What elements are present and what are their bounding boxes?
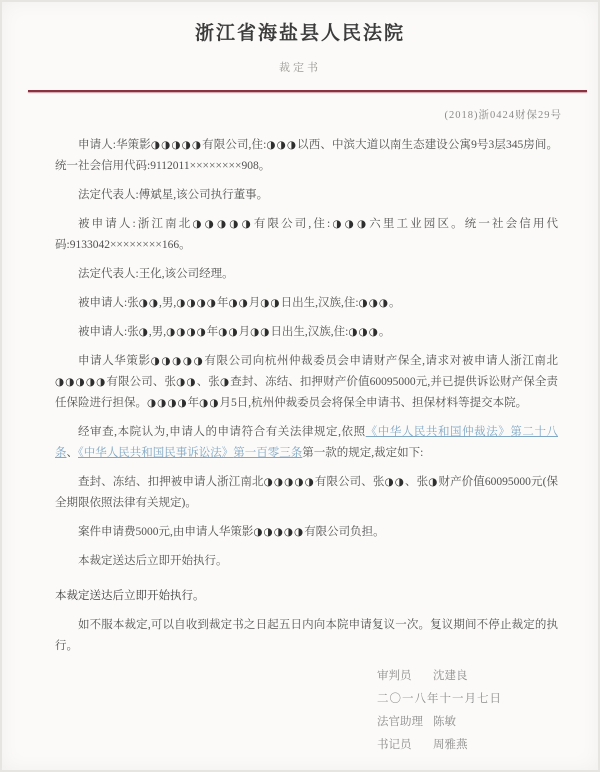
execution-clause-repeat: 本裁定送达后立即开始执行。 xyxy=(55,586,558,607)
application-fee: 案件申请费5000元,由申请人华策影◑◑◑◑◑有限公司负担。 xyxy=(55,522,558,543)
respondent-person-2: 被申请人:张◑,男,◑◑◑◑年◑◑月◑◑日出生,汉族,住:◑◑◑。 xyxy=(55,322,558,343)
redaction-marks: ◑◑ xyxy=(250,326,270,338)
text-segment: 案件申请费5000元,由申请人华策影 xyxy=(78,526,253,538)
appeal-clause: 如不服本裁定,可以自收到裁定书之日起五日内向本院申请复议一次。复议期间不停止裁定… xyxy=(55,615,558,657)
judge-row: 审判员 沈建良 xyxy=(377,665,552,688)
redaction-marks: ◑◑◑◑ xyxy=(166,326,207,338)
text-segment: 查封、冻结、扣押被申请人浙江南北 xyxy=(78,476,264,488)
redaction-marks: ◑◑◑◑◑ xyxy=(192,218,253,230)
text-segment: 法定代表人:傅斌星,该公司执行董事。 xyxy=(78,189,268,201)
header-divider xyxy=(28,90,587,92)
text-segment: 年 xyxy=(188,397,200,409)
text-segment: 年 xyxy=(217,297,229,309)
text-segment: 、张 xyxy=(197,376,220,388)
text-segment: 月5日,杭州仲裁委员会将保全申请书、担保材料等提交本院。 xyxy=(219,397,527,409)
redaction-marks: ◑◑ xyxy=(218,326,238,338)
assistant-name: 陈敏 xyxy=(433,711,456,734)
redaction-marks: ◑◑◑ xyxy=(266,139,297,151)
date-row: 二〇一八年十一月七日 xyxy=(377,688,552,711)
redaction-marks: ◑◑◑◑◑ xyxy=(264,476,315,488)
text-segment: 有限公司、张 xyxy=(106,376,176,388)
applicant-info: 申请人:华策影◑◑◑◑◑有限公司,住:◑◑◑以西、中滨大道以南生态建设公寓9号3… xyxy=(55,135,558,177)
execution-clause: 本裁定送达后立即开始执行。 xyxy=(55,551,558,572)
document-body: 申请人:华策影◑◑◑◑◑有限公司,住:◑◑◑以西、中滨大道以南生态建设公寓9号3… xyxy=(55,135,558,657)
clerk-label: 书记员 xyxy=(377,734,433,757)
law-reference-link[interactable]: 第一百零三条 xyxy=(233,447,302,459)
text-segment: 申请人华策影 xyxy=(78,355,151,367)
text-segment: 第一款的规定,裁定如下: xyxy=(302,447,423,459)
text-segment: 如不服本裁定,可以自收到裁定书之日起五日内向本院申请复议一次。复议期间不停止裁定… xyxy=(55,619,558,652)
judge-name: 沈建良 xyxy=(433,665,468,688)
redaction-marks: ◑◑◑◑ xyxy=(147,397,188,409)
assistant-row: 法官助理 陈敏 xyxy=(377,711,552,734)
redaction-marks: ◑ xyxy=(139,326,149,338)
respondent-company: 被申请人:浙江南北◑◑◑◑◑有限公司,住:◑◑◑六里工业园区。统一社会信用代码:… xyxy=(55,214,558,256)
text-segment: ,男, xyxy=(159,297,176,309)
text-segment: 申请人:华策影 xyxy=(78,139,151,151)
text-segment: 、 xyxy=(67,447,79,459)
redaction-marks: ◑◑◑◑◑ xyxy=(151,139,202,151)
redaction-marks: ◑ xyxy=(428,476,438,488)
law-reference-link[interactable]: 《中华人民共和国仲裁法》 xyxy=(366,426,511,438)
text-segment: 本裁定送达后立即开始执行。 xyxy=(78,555,228,567)
redaction-marks: ◑◑ xyxy=(176,376,197,388)
redaction-marks: ◑◑◑ xyxy=(348,326,379,338)
ruling-order: 查封、冻结、扣押被申请人浙江南北◑◑◑◑◑有限公司、张◑◑、张◑财产价值6009… xyxy=(55,472,558,514)
text-segment: 月 xyxy=(239,326,251,338)
redaction-marks: ◑◑ xyxy=(228,297,248,309)
text-segment: 月 xyxy=(249,297,261,309)
ruling-date: 二〇一八年十一月七日 xyxy=(377,688,502,711)
redaction-marks: ◑◑ xyxy=(139,297,159,309)
text-segment: 本裁定送达后立即开始执行。 xyxy=(55,590,205,602)
text-segment: 日出生,汉族,住: xyxy=(281,297,359,309)
text-segment: 被申请人:张 xyxy=(78,326,139,338)
text-segment: ,男, xyxy=(149,326,166,338)
redaction-marks: ◑◑◑◑◑ xyxy=(151,355,205,367)
document-type-label: 裁定书 xyxy=(0,59,600,75)
redaction-marks: ◑◑◑ xyxy=(359,297,390,309)
respondent-person-1: 被申请人:张◑◑,男,◑◑◑◑年◑◑月◑◑日出生,汉族,住:◑◑◑。 xyxy=(55,293,558,314)
ruling-basis: 经审查,本院认为,申请人的申请符合有关法律规定,依照《中华人民共和国仲裁法》第二… xyxy=(55,422,558,464)
text-segment: 有限公司,住: xyxy=(202,139,266,151)
clerk-row: 书记员 周雅燕 xyxy=(377,734,552,757)
law-reference-link[interactable]: 《中华人民共和国民事诉讼法》 xyxy=(78,447,233,459)
text-segment: 有限公司、张 xyxy=(315,476,385,488)
redaction-marks: ◑◑ xyxy=(384,476,405,488)
text-segment: 被申请人:浙江南北 xyxy=(78,218,192,230)
text-segment: 日出生,汉族,住: xyxy=(270,326,348,338)
text-segment: 。 xyxy=(379,326,391,338)
redaction-marks: ◑◑ xyxy=(260,297,280,309)
applicant-legal-rep: 法定代表人:傅斌星,该公司执行董事。 xyxy=(55,185,558,206)
signature-block: 审判员 沈建良 二〇一八年十一月七日 法官助理 陈敏 书记员 周雅燕 xyxy=(377,665,552,757)
case-number: (2018)浙0424财保29号 xyxy=(0,107,562,122)
text-segment: 、张 xyxy=(405,476,428,488)
text-segment: 法定代表人:王化,该公司经理。 xyxy=(78,268,234,280)
redaction-marks: ◑◑◑◑◑ xyxy=(253,526,304,538)
text-segment: 年 xyxy=(207,326,219,338)
redaction-marks: ◑◑◑ xyxy=(330,218,369,230)
text-segment: 有限公司,住: xyxy=(254,218,330,230)
redaction-marks: ◑◑◑◑◑ xyxy=(55,376,106,388)
assistant-label: 法官助理 xyxy=(377,711,433,734)
text-segment: 有限公司向杭州仲裁委员会申请财产保全,请求对被申请人浙江南北 xyxy=(204,355,558,367)
text-segment: 经审查,本院认为,申请人的申请符合有关法律规定,依照 xyxy=(78,426,366,438)
page-title: 浙江省海盐县人民法院 xyxy=(0,0,600,45)
text-segment: 。 xyxy=(389,297,401,309)
clerk-name: 周雅燕 xyxy=(433,734,468,757)
application-facts: 申请人华策影◑◑◑◑◑有限公司向杭州仲裁委员会申请财产保全,请求对被申请人浙江南… xyxy=(55,351,558,414)
text-segment: 有限公司负担。 xyxy=(304,526,385,538)
text-segment: 被申请人:张 xyxy=(78,297,139,309)
redaction-marks: ◑◑◑◑ xyxy=(176,297,217,309)
respondent-legal-rep: 法定代表人:王化,该公司经理。 xyxy=(55,264,558,285)
redaction-marks: ◑ xyxy=(220,376,230,388)
court-ruling-document: 浙江省海盐县人民法院 裁定书 (2018)浙0424财保29号 申请人:华策影◑… xyxy=(0,0,600,772)
redaction-marks: ◑◑ xyxy=(199,397,219,409)
judge-label: 审判员 xyxy=(377,665,433,688)
